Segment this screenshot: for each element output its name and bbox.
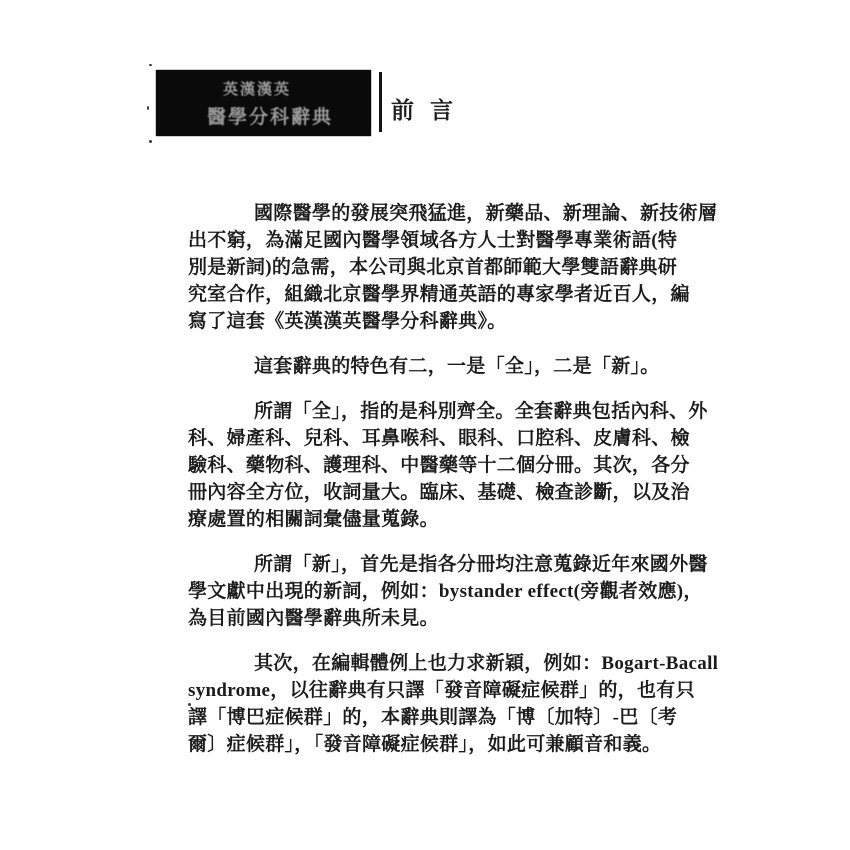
- text-line: 出不窮，為滿足國內醫學領域各方人士對醫學專業術語(特: [188, 227, 670, 254]
- text-line: 所謂「新」，首先是指各分冊均注意蒐錄近年來國外醫: [188, 551, 670, 578]
- scan-speck: [149, 140, 152, 143]
- paragraph: 這套辭典的特色有二，一是「全」，二是「新」。: [188, 353, 670, 380]
- text-line: 別是新詞)的急需，本公司與北京首都師範大學雙語辭典研: [188, 254, 670, 281]
- text-line: 這套辭典的特色有二，一是「全」，二是「新」。: [188, 353, 670, 380]
- text-line: 譯「博巴症候群」的，本辭典則譯為「博〔加特〕-巴〔考: [188, 704, 670, 731]
- text-line: 驗科、藥物科、護理科、中醫藥等十二個分冊。其次，各分: [188, 452, 670, 479]
- text-line: syndrome，以往辭典有只譯「發音障礙症候群」的，也有只: [188, 677, 670, 704]
- text-line: 所謂「全」，指的是科別齊全。全套辭典包括內科、外: [188, 398, 670, 425]
- scan-speck: [282, 257, 284, 259]
- text-line: 爾〕症候群」，「發音障礙症候群」，如此可兼顧音和義。: [188, 731, 670, 758]
- scan-page: 英漢漢英 醫學分科辭典 前言 國際醫學的發展突飛猛進，新藥品、新理論、新技術層出…: [0, 0, 850, 850]
- text-line: 科、婦產科、兒科、耳鼻喉科、眼科、口腔科、皮膚科、檢: [188, 425, 670, 452]
- preface-title: 前言: [391, 92, 469, 125]
- text-line: 寫了這套《英漢漢英醫學分科辭典》。: [188, 308, 670, 335]
- text-line: 療處置的相關詞彙儘量蒐錄。: [188, 506, 670, 533]
- paragraph: 其次，在編輯體例上也力求新穎，例如：Bogart-Bacallsyndrome，…: [188, 650, 670, 758]
- title-divider-line: [379, 72, 382, 132]
- book-title-banner: 英漢漢英 醫學分科辭典: [156, 70, 371, 136]
- text-line: 冊內容全方位，收詞量大。臨床、基礎、檢查診斷，以及治: [188, 479, 670, 506]
- scan-speck: [188, 703, 191, 706]
- paragraph: 所謂「全」，指的是科別齊全。全套辭典包括內科、外科、婦產科、兒科、耳鼻喉科、眼科…: [188, 398, 670, 533]
- text-line: 學文獻中出現的新詞，例如：bystander effect(旁觀者效應)，: [188, 578, 670, 605]
- paragraph: 國際醫學的發展突飛猛進，新藥品、新理論、新技術層出不窮，為滿足國內醫學領域各方人…: [188, 200, 670, 335]
- text-line: 為目前國內醫學辭典所未見。: [188, 605, 670, 632]
- book-title-line2: 醫學分科辭典: [207, 102, 333, 129]
- text-line: 國際醫學的發展突飛猛進，新藥品、新理論、新技術層: [188, 200, 670, 227]
- scan-speck: [149, 64, 152, 66]
- book-title-line1: 英漢漢英: [223, 78, 291, 99]
- text-line: 其次，在編輯體例上也力求新穎，例如：Bogart-Bacall: [188, 650, 670, 677]
- preface-content: 國際醫學的發展突飛猛進，新藥品、新理論、新技術層出不窮，為滿足國內醫學領域各方人…: [188, 200, 670, 776]
- paragraph: 所謂「新」，首先是指各分冊均注意蒐錄近年來國外醫學文獻中出現的新詞，例如：bys…: [188, 551, 670, 632]
- text-line: 究室合作，組織北京醫學界精通英語的專家學者近百人，編: [188, 281, 670, 308]
- scan-speck: [147, 106, 149, 110]
